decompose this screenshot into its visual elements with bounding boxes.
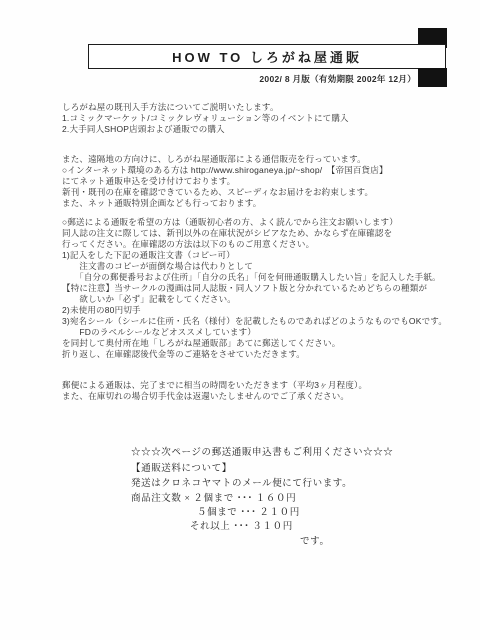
fee-line-1: 商品注文数 × ２個まで ･･･ １６０円 (131, 490, 296, 504)
title-box: HOW TO しろがね屋通販 (88, 44, 446, 69)
fee-suffix: です。 (300, 533, 330, 547)
edition-date: 2002/ 8 月版（有効期限 2002年 12月） (259, 73, 416, 85)
mail-order-howto-page: HOW TO しろがね屋通販 2002/ 8 月版（有効期限 2002年 12月… (0, 0, 480, 640)
next-page-note: ☆☆☆次ページの郵送通販申込書もご利用ください☆☆☆ (131, 444, 393, 458)
net-order-paragraph: また、遠隔地の方向けに、しろがね屋通販部による通信販売を行っています。 ○インタ… (62, 154, 388, 209)
notice-paragraph: 郵便による通販は、完了までに相当の時間をいただきます（平均3ヶ月程度）。 また、… (62, 380, 367, 402)
shipping-fee-heading: 【通販送料について】 (131, 460, 232, 474)
fee-line-2: ５個まで ･･･ ２１０円 (197, 504, 300, 518)
page-title: HOW TO しろがね屋通販 (172, 47, 362, 66)
shipping-method-line: 発送はクロネコヤマトのメール便にて行います。 (131, 475, 352, 489)
intro-paragraph: しろがね屋の既刊入手方法についてご説明いたします。 1.コミックマーケット/コミ… (62, 102, 349, 135)
corner-mark-bottom (418, 68, 447, 87)
fee-line-3: それ以上 ･･･ ３１０円 (190, 518, 293, 532)
mail-order-paragraph: ○郵送による通販を希望の方は（通販初心者の方、よく読んでから注文お願いします） … (62, 217, 447, 360)
